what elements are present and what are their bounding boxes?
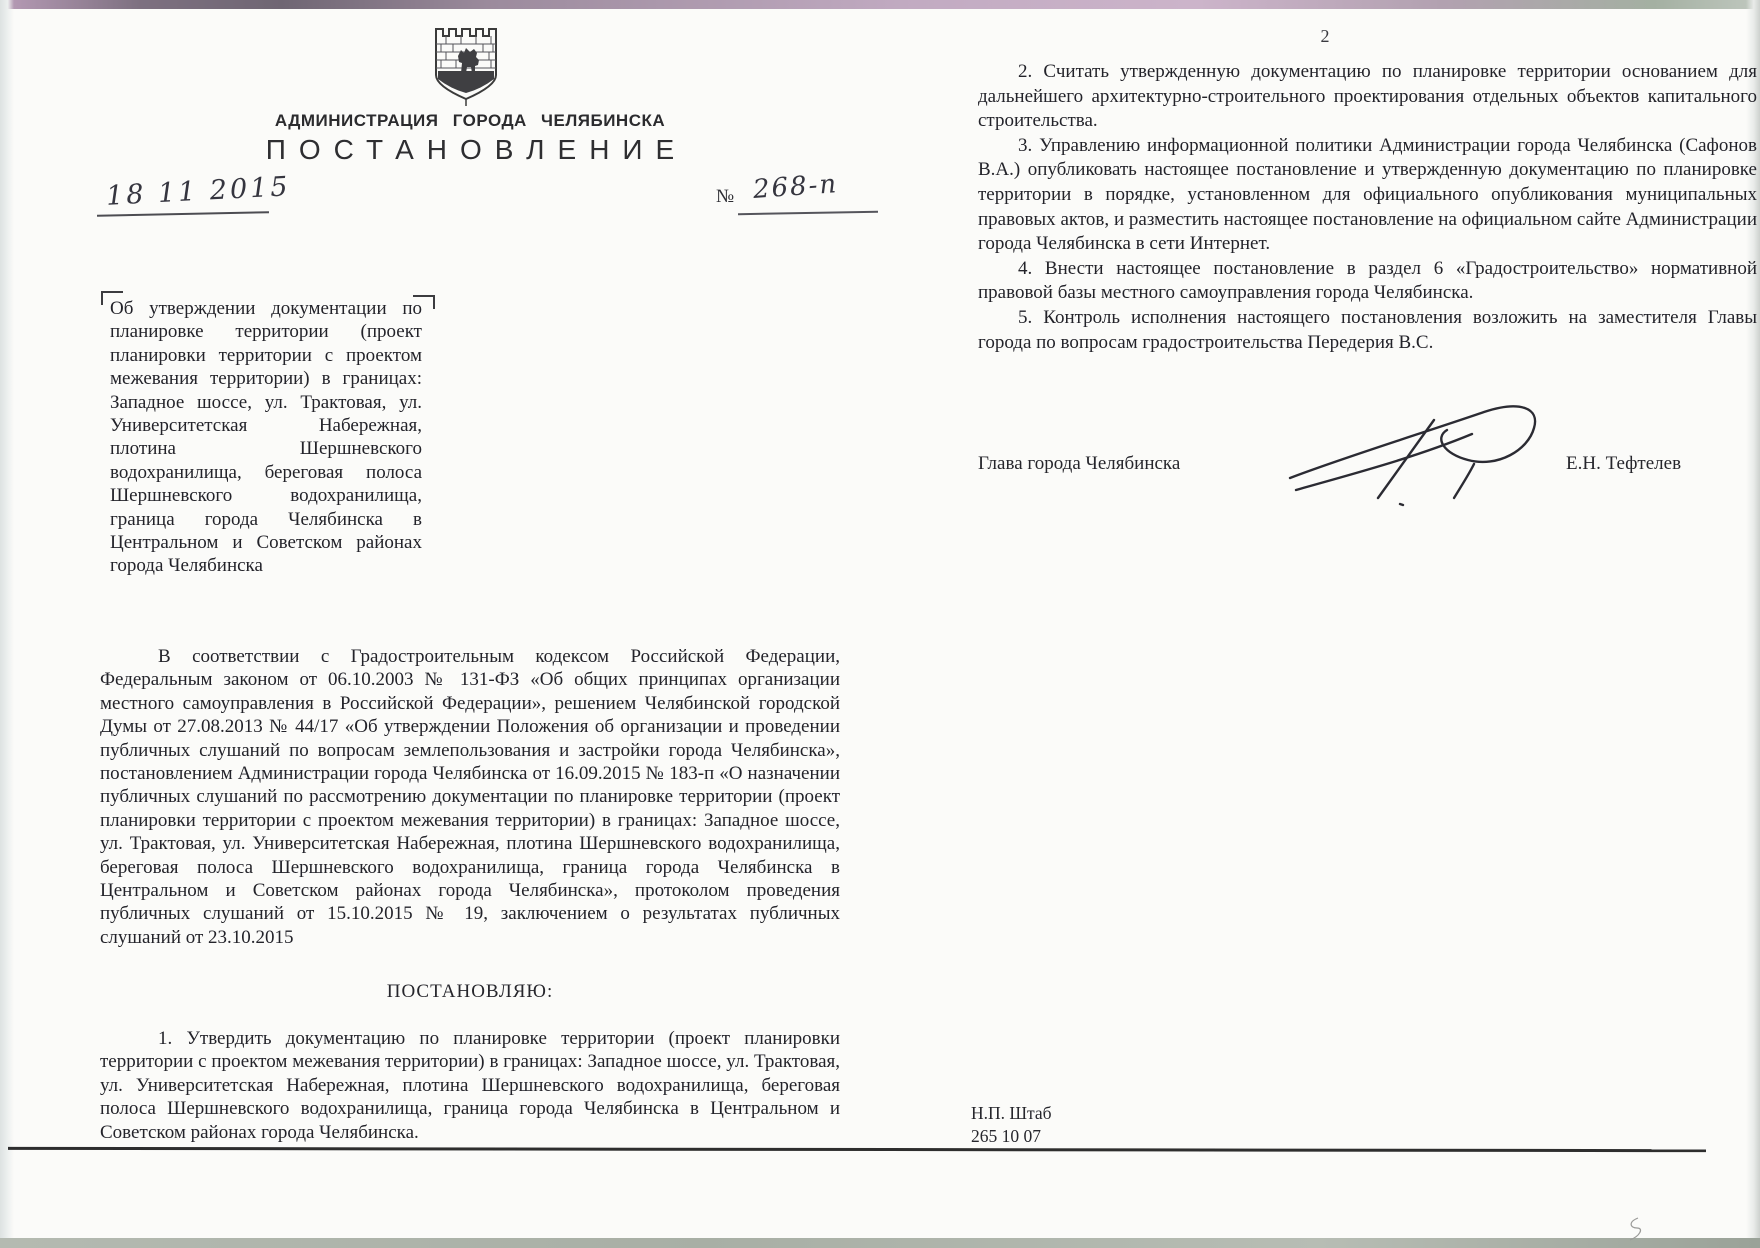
number-underline xyxy=(738,211,878,215)
number-sign-label: № xyxy=(716,186,734,208)
signatory-name: Е.Н. Тефтелев xyxy=(1566,453,1681,475)
resolution-item-2: 2. Считать утвержденную документацию по … xyxy=(978,60,1757,134)
document-type-title: ПОСТАНОВЛЕНИЕ xyxy=(100,134,840,166)
executor-phone: 265 10 07 xyxy=(971,1125,1052,1148)
handwritten-document-number: 268-п xyxy=(752,169,839,205)
scan-edge-left xyxy=(0,0,14,1248)
page-number: 2 xyxy=(1310,26,1340,47)
signature-icon xyxy=(1282,398,1552,513)
scan-edge-top xyxy=(0,0,1760,9)
signatory-title: Глава города Челябинска xyxy=(978,453,1180,475)
executor-name: Н.П. Штаб xyxy=(971,1102,1052,1125)
document-subject: Об утверждении документации по планировк… xyxy=(110,297,422,578)
page-fold-line xyxy=(8,1147,1706,1152)
scanned-document: АДМИНИСТРАЦИЯ ГОРОДА ЧЕЛЯБИНСКА ПОСТАНОВ… xyxy=(0,0,1760,1248)
preamble-paragraph: В соответствии с Градостроительным кодек… xyxy=(100,645,840,949)
organization-name: АДМИНИСТРАЦИЯ ГОРОДА ЧЕЛЯБИНСКА xyxy=(100,111,840,131)
handwritten-date: 18 11 2015 xyxy=(105,171,291,212)
resolution-item-1: 1. Утвердить документацию по планировке … xyxy=(100,1027,840,1144)
resolution-item-4: 4. Внести настоящее постановление в разд… xyxy=(978,257,1757,306)
stray-pen-mark xyxy=(1618,1216,1648,1242)
resolution-item-3: 3. Управлению информационной политики Ад… xyxy=(978,134,1757,257)
resolve-heading: ПОСТАНОВЛЯЮ: xyxy=(100,981,840,1003)
coat-of-arms-icon xyxy=(431,23,501,107)
resolution-item-5: 5. Контроль исполнения настоящего постан… xyxy=(978,306,1757,355)
page2-body: 2. Считать утвержденную документацию по … xyxy=(978,60,1757,355)
executor-note: Н.П. Штаб 265 10 07 xyxy=(971,1102,1052,1148)
scan-edge-bottom xyxy=(0,1238,1760,1248)
date-underline xyxy=(97,211,269,217)
